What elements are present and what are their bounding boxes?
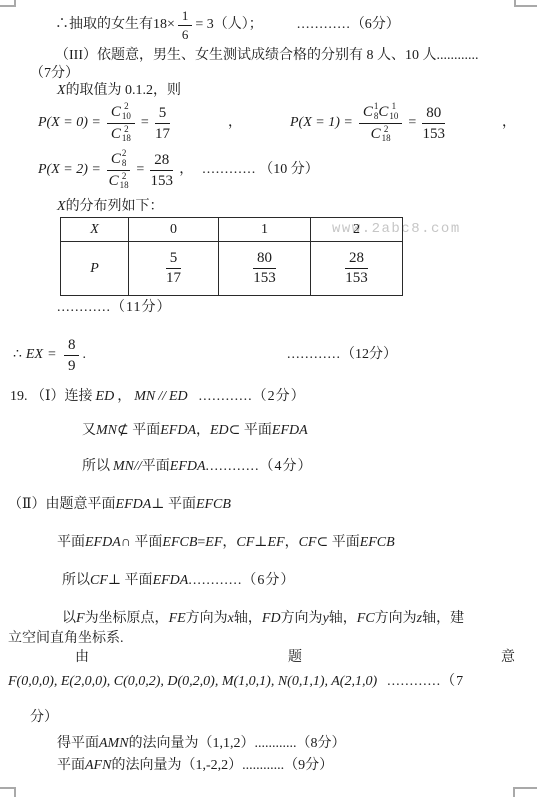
fraction-denominator: 153 bbox=[422, 124, 445, 143]
line-girls-sampled: ∴抽取的女生有18× 1 6 = 3（人）； ............ （6分） bbox=[55, 6, 400, 44]
text-segment: 为坐标原点， bbox=[85, 611, 169, 628]
perpendicular-symbol: ⊥ 平面 bbox=[151, 497, 196, 514]
math-var: CF bbox=[90, 573, 108, 590]
math-var: CF bbox=[299, 535, 317, 552]
line-coordinate-system: 立空间直角坐标系. bbox=[8, 631, 124, 648]
text-segment: 意 bbox=[501, 650, 515, 667]
line-justified-yutiyi: 由 题 意 bbox=[75, 650, 515, 667]
combination-symbol: C 28 bbox=[111, 149, 127, 169]
score-label: （6分） bbox=[351, 17, 400, 34]
comma: ， bbox=[228, 100, 242, 146]
dotted-leader: ............（11分） bbox=[57, 300, 171, 317]
fraction-numerator: 1 bbox=[178, 8, 193, 26]
text-segment: 所以 bbox=[82, 459, 110, 476]
fraction-numerator: 28 bbox=[345, 250, 368, 269]
score-label: （7分） bbox=[30, 66, 79, 83]
crop-mark-top-left-icon bbox=[0, 0, 16, 7]
text-segment: 方向为 bbox=[186, 611, 228, 628]
parallel-symbol: // bbox=[158, 389, 166, 406]
period: . bbox=[82, 347, 86, 364]
math-var: EFCB bbox=[196, 497, 231, 514]
text-segment: 的法向量为（1,1,2）............（8分） bbox=[129, 736, 346, 753]
line-pass-counts: （III）依题意，男生、女生测试成绩合格的分别有 8 人、10 人.......… bbox=[55, 48, 479, 65]
math-var: ED bbox=[96, 389, 115, 406]
math-var: MN bbox=[113, 459, 134, 476]
fraction-numerator: 8 bbox=[64, 336, 80, 356]
fraction-numerator: 28 bbox=[150, 151, 173, 171]
combination-symbol: C 210 bbox=[111, 102, 131, 122]
formula-lhs: P(X = 1) = bbox=[290, 115, 353, 132]
table-cell: 5 17 bbox=[129, 242, 219, 296]
math-var: X bbox=[57, 83, 66, 100]
math-var: AMN bbox=[99, 736, 129, 753]
comma: ， bbox=[117, 389, 131, 406]
text-segment: 题 bbox=[288, 650, 302, 667]
distribution-table: X 0 1 2 P 5 17 80 153 28 153 bbox=[60, 217, 403, 296]
perpendicular-symbol: ⊥ bbox=[254, 535, 267, 552]
fraction-result: 28 153 bbox=[150, 151, 173, 190]
math-var: MN bbox=[96, 423, 117, 440]
text-segment: 所以 bbox=[62, 573, 90, 590]
formula-lhs: P(X = 0) = bbox=[38, 115, 101, 132]
subset-symbol: ⊂ 平面 bbox=[316, 535, 359, 552]
fraction-eight-ninths: 8 9 bbox=[64, 336, 80, 375]
math-var: CF bbox=[236, 535, 254, 552]
formula-p0: P(X = 0) = C 210 C 218 = 5 17 bbox=[38, 100, 173, 146]
fraction-numerator: 80 bbox=[422, 104, 445, 124]
math-var: EX bbox=[26, 347, 43, 364]
fraction-denominator: C 218 bbox=[107, 124, 135, 145]
fraction-c10-c18: C 210 C 218 bbox=[107, 102, 135, 145]
text-segment: ⊂ 平面 bbox=[229, 423, 272, 440]
fraction-denominator: 17 bbox=[166, 269, 182, 287]
fraction-c8c10-c18: C 18 C 110 C 218 bbox=[359, 102, 403, 145]
text-segment: 轴， bbox=[329, 611, 357, 628]
subscript: 18 bbox=[122, 134, 131, 144]
fraction-numerator: 5 bbox=[166, 250, 182, 269]
therefore-symbol: ∴ bbox=[13, 347, 22, 364]
line-coordinate-axes: 以 F 为坐标原点， FE 方向为 x 轴， FD 方向为 y 轴， FC 方向… bbox=[62, 611, 464, 628]
fraction: 80 153 bbox=[253, 250, 276, 287]
fraction-denominator: 6 bbox=[178, 26, 193, 43]
line-prob-2: P(X = 2) = C 28 C 218 = 28 153 ， .......… bbox=[38, 147, 319, 193]
c-letter: C bbox=[109, 172, 119, 190]
formula-lhs: P(X = 2) = bbox=[38, 162, 101, 179]
line-score-7: （7分） bbox=[30, 66, 79, 83]
line-point-coordinates: F(0,0,0), E(2,0,0), C(0,0,2), D(0,2,0), … bbox=[8, 674, 464, 691]
text-segment: 轴，建 bbox=[422, 611, 464, 628]
subscript: 8 bbox=[122, 159, 127, 169]
subscript: 10 bbox=[389, 112, 398, 122]
fraction-numerator: C 210 bbox=[107, 102, 135, 124]
subscript: 18 bbox=[382, 134, 391, 144]
equals-sign: = bbox=[136, 162, 144, 179]
fraction-numerator: C 28 bbox=[107, 149, 131, 171]
comma: ， bbox=[222, 535, 236, 552]
math-var: EFDA bbox=[153, 573, 189, 590]
math-var: X bbox=[57, 199, 66, 216]
text-segment: 的法向量为（1,-2,2）............（9分） bbox=[111, 758, 333, 775]
table-cell: 80 153 bbox=[219, 242, 311, 296]
math-var: ED bbox=[169, 389, 188, 406]
line-normal-amn: 得平面 AMN 的法向量为（1,1,2）............（8分） bbox=[57, 736, 346, 753]
line-cf-perp-plane: 所以 CF ⊥ 平面 EFDA ............（6分） bbox=[62, 573, 295, 590]
line-19-part1: 19. （Ⅰ）连接 ED ， MN // ED ............（2分） bbox=[10, 389, 306, 406]
equals-sign: = bbox=[48, 347, 56, 364]
line-score-11: ............（11分） bbox=[57, 300, 171, 317]
text-segment: 方向为 bbox=[281, 611, 323, 628]
c-letter: C bbox=[363, 103, 373, 121]
text-segment: （III）依题意，男生、女生测试成绩合格的分别有 8 人、10 人.......… bbox=[55, 48, 479, 65]
table-row-label-p: P bbox=[61, 242, 129, 296]
comma: ， bbox=[196, 423, 210, 440]
crop-mark-top-right-icon bbox=[514, 0, 537, 7]
line-plane-intersection: 平面 EFDA ∩ 平面 EFCB = EF ， CF ⊥ EF ， CF ⊂ … bbox=[57, 535, 395, 552]
text-segment: ∴抽取的女生有18× bbox=[55, 17, 175, 34]
math-var: EFDA bbox=[272, 423, 308, 440]
combination-symbol: C 110 bbox=[378, 102, 398, 122]
fraction-denominator: 153 bbox=[253, 269, 276, 287]
dotted-leader: ............ bbox=[287, 347, 341, 364]
fraction-numerator: 5 bbox=[155, 104, 171, 124]
fraction-denominator: 153 bbox=[345, 269, 368, 287]
text-segment: = 3（人）； bbox=[195, 17, 262, 34]
text-segment: 方向为 bbox=[375, 611, 417, 628]
table-header-x: X bbox=[61, 218, 129, 242]
line-expectation: ∴ EX = 8 9 . bbox=[13, 333, 86, 377]
math-var: EF bbox=[267, 535, 284, 552]
dotted-leader: ............（6分） bbox=[188, 573, 295, 590]
coordinates-list: F(0,0,0), E(2,0,0), C(0,0,2), D(0,2,0), … bbox=[8, 674, 377, 691]
combination-symbol: C 218 bbox=[109, 172, 129, 192]
c-letter: C bbox=[378, 103, 388, 121]
math-var: EF bbox=[205, 535, 222, 552]
math-var: FE bbox=[169, 611, 186, 628]
math-var: EFDA bbox=[85, 535, 121, 552]
dotted-leader: ............ bbox=[202, 162, 256, 179]
math-var: AFN bbox=[85, 758, 111, 775]
math-var: FC bbox=[357, 611, 375, 628]
text-segment: 又 bbox=[82, 423, 96, 440]
line-not-subset: 又 MN ⊄ 平面 EFDA ， ED ⊂ 平面 EFDA bbox=[82, 423, 308, 440]
math-var: MN bbox=[134, 389, 155, 406]
combination-symbol: C 218 bbox=[371, 125, 391, 145]
text-segment: （Ⅱ）由题意平面 bbox=[8, 497, 116, 514]
comma: ， bbox=[285, 535, 299, 552]
text-segment: ⊥ 平面 bbox=[108, 573, 153, 590]
math-var: F bbox=[76, 611, 85, 628]
dotted-leader: ............（4分） bbox=[206, 459, 313, 476]
line-prob-0-1: P(X = 0) = C 210 C 218 = 5 17 ， P(X = 1)… bbox=[0, 100, 537, 146]
score-label: （10 分） bbox=[259, 162, 319, 179]
parallel-symbol: // bbox=[134, 459, 142, 476]
page: { "watermark": "www.2abc8.com", "colors"… bbox=[0, 0, 537, 797]
table-header-row: X 0 1 2 bbox=[61, 218, 403, 242]
text-segment: 得平面 bbox=[57, 736, 99, 753]
math-var: EFDA bbox=[116, 497, 152, 514]
table-header-0: 0 bbox=[129, 218, 219, 242]
fraction-c8-c18: C 28 C 218 bbox=[107, 149, 131, 192]
c-letter: C bbox=[111, 125, 121, 143]
comma: ， bbox=[502, 100, 516, 146]
line-mn-parallel-plane: 所以 MN // 平面 EFDA ............（4分） bbox=[82, 459, 313, 476]
dotted-leader: ............ bbox=[297, 17, 351, 34]
equals-sign: = bbox=[141, 115, 149, 132]
line-score-7b: 分） bbox=[30, 710, 58, 727]
text-segment: 由 bbox=[75, 650, 89, 667]
text-segment: ⊄ 平面 bbox=[117, 423, 160, 440]
comma: ， bbox=[179, 162, 193, 179]
text-segment: 19. （Ⅰ）连接 bbox=[10, 389, 93, 406]
math-var: ED bbox=[210, 423, 229, 440]
table-header-2: 2 bbox=[311, 218, 403, 242]
formula-p2: P(X = 2) = C 28 C 218 = 28 153 ， .......… bbox=[38, 147, 319, 193]
fraction-numerator: C 18 C 110 bbox=[359, 102, 403, 124]
text-segment: 以 bbox=[62, 611, 76, 628]
math-var: EFDA bbox=[160, 423, 196, 440]
table-row: P 5 17 80 153 28 153 bbox=[61, 242, 403, 296]
formula-p1: P(X = 1) = C 18 C 110 C 218 = 80 bbox=[290, 100, 448, 146]
fraction: 28 153 bbox=[345, 250, 368, 287]
text-segment: ∩ 平面 bbox=[121, 535, 163, 552]
text-segment: 平面 bbox=[57, 758, 85, 775]
line-distribution-intro: X 的分布列如下： bbox=[57, 199, 164, 216]
crop-mark-bottom-right-icon bbox=[513, 787, 537, 797]
combination-symbol: C 18 bbox=[363, 102, 379, 122]
math-var: FD bbox=[262, 611, 281, 628]
table-header-1: 1 bbox=[219, 218, 311, 242]
fraction-numerator: 80 bbox=[253, 250, 276, 269]
c-letter: C bbox=[111, 150, 121, 168]
text-segment: 轴， bbox=[234, 611, 262, 628]
c-letter: C bbox=[371, 125, 381, 143]
text-segment: 立空间直角坐标系. bbox=[8, 631, 124, 648]
fraction-denominator: 153 bbox=[150, 171, 173, 190]
math-var: EFDA bbox=[170, 459, 206, 476]
dotted-leader: ............（7 bbox=[387, 674, 464, 691]
fraction-denominator: C 218 bbox=[359, 124, 403, 145]
combination-symbol: C 218 bbox=[111, 125, 131, 145]
fraction-denominator: 17 bbox=[155, 124, 171, 143]
subscript: 18 bbox=[120, 181, 129, 191]
fraction-result: 5 17 bbox=[155, 104, 171, 143]
fraction-result: 80 153 bbox=[422, 104, 445, 143]
line-normal-afn: 平面 AFN 的法向量为（1,-2,2）............（9分） bbox=[57, 758, 333, 775]
text-segment: 的取值为 0.1.2，则 bbox=[66, 83, 182, 100]
fraction-denominator: 9 bbox=[64, 356, 80, 375]
line-19-part2: （Ⅱ）由题意平面 EFDA ⊥ 平面 EFCB bbox=[8, 497, 231, 514]
math-var: EFCB bbox=[162, 535, 197, 552]
line-x-values: X 的取值为 0.1.2，则 bbox=[57, 83, 181, 100]
dotted-leader: ............（2分） bbox=[199, 389, 306, 406]
math-var: EFCB bbox=[360, 535, 395, 552]
equals-sign: = bbox=[408, 115, 416, 132]
fraction-denominator: C 218 bbox=[107, 171, 131, 192]
text-segment: 的分布列如下： bbox=[66, 199, 164, 216]
text-segment: 平面 bbox=[57, 535, 85, 552]
score-label: （12分） bbox=[341, 347, 397, 364]
subscript: 10 bbox=[122, 112, 131, 122]
crop-mark-bottom-left-icon bbox=[0, 787, 16, 797]
table-cell: 28 153 bbox=[311, 242, 403, 296]
c-letter: C bbox=[111, 103, 121, 121]
score-label: 分） bbox=[30, 710, 58, 727]
fraction-one-sixth: 1 6 bbox=[178, 8, 193, 42]
fraction: 5 17 bbox=[166, 250, 182, 287]
line-score-12: ............ （12分） bbox=[287, 333, 397, 377]
text-segment: 平面 bbox=[142, 459, 170, 476]
